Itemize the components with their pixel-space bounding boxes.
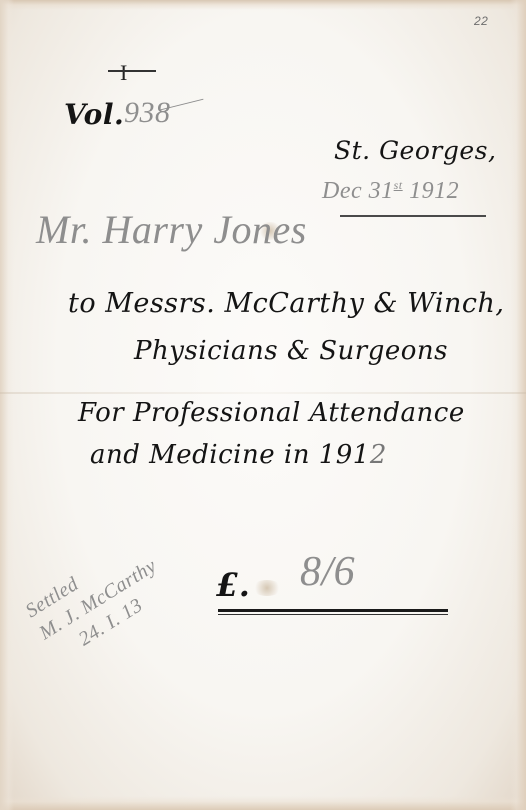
payer-name: Mr. Harry Jones — [36, 206, 307, 253]
total-double-rule-bottom — [218, 614, 448, 615]
volume-number: 938 — [124, 96, 171, 130]
paper-fold-line — [0, 392, 526, 394]
paper-edge-bottom — [0, 796, 526, 810]
currency-symbol: £. — [216, 566, 250, 604]
paper-edge-right — [510, 0, 526, 810]
profession-line: Physicians & Surgeons — [134, 336, 448, 366]
paper-edge-left — [0, 0, 14, 810]
date-month-day: Dec 31 — [322, 178, 394, 204]
date-ordinal: st — [394, 178, 403, 192]
volume-label: Vol. — [64, 98, 124, 131]
volume-numeral-bar — [108, 70, 156, 72]
settlement-note: Settled M. J. McCarthy 24. I. 13 — [21, 531, 176, 668]
amount-value: 8/6 — [300, 548, 355, 596]
firm-line: to Messrs. McCarthy & Winch, — [68, 288, 504, 319]
volume-numeral: I — [120, 60, 128, 86]
medicine-line-year-digit: 2 — [370, 440, 387, 470]
invoice-date: Dec 31st 1912 — [322, 178, 459, 205]
date-underline — [340, 215, 486, 217]
paper-edge-top — [0, 0, 526, 10]
place-name: St. Georges, — [334, 136, 496, 165]
total-double-rule-top — [218, 609, 448, 612]
service-line: For Professional Attendance — [78, 398, 465, 428]
date-year: 1912 — [409, 178, 459, 204]
paper-stain — [252, 580, 282, 596]
invoice-paper: 22 I Vol. 938 St. Georges, Dec 31st 1912… — [0, 0, 526, 810]
page-number: 22 — [474, 14, 488, 28]
medicine-line: and Medicine in 1912 — [90, 440, 387, 470]
medicine-line-text: and Medicine in 191 — [90, 440, 370, 470]
